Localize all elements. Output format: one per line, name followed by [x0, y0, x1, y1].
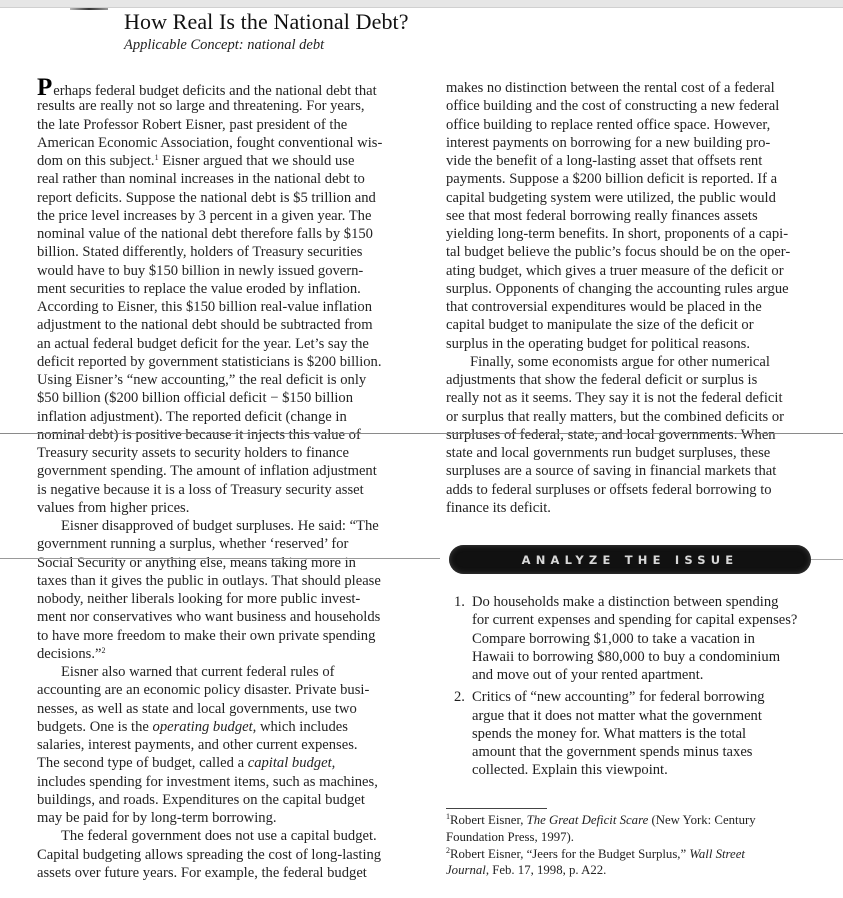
- text-line: ating budget, which gives a truer measur…: [446, 262, 826, 280]
- text-line: report deficits. Suppose the national de…: [37, 189, 417, 207]
- footnote-2: 2Robert Eisner, “Jeers for the Budget Su…: [446, 846, 826, 863]
- text-line: American Economic Association, fought co…: [37, 134, 417, 152]
- text-line: Perhaps federal budget deficits and the …: [37, 79, 417, 97]
- text-line: the late Professor Robert Eisner, past p…: [37, 116, 417, 134]
- left-column: Perhaps federal budget deficits and the …: [37, 79, 417, 882]
- footnote-2-cont: Journal, Feb. 17, 1998, p. A22.: [446, 862, 826, 879]
- text-line: is negative because it is a loss of Trea…: [37, 481, 417, 499]
- text-line: that controversial expenditures would be…: [446, 298, 826, 316]
- text-line: salaries, interest payments, and other c…: [37, 736, 417, 754]
- text-line: finance its deficit.: [446, 499, 826, 517]
- text-line: surplus in the operating budget for poli…: [446, 335, 826, 353]
- text-line: Capital budgeting allows spreading the c…: [37, 846, 417, 864]
- page-subtitle: Applicable Concept: national debt: [124, 37, 324, 54]
- text-line: government spending. The amount of infla…: [37, 462, 417, 480]
- question-item: 2. Critics of “new accounting” for feder…: [446, 688, 836, 779]
- text-line: may be paid for by long-term borrowing.: [37, 809, 417, 827]
- text-line: yielding long-term benefits. In short, p…: [446, 225, 826, 243]
- text-line: Eisner also warned that current federal …: [37, 663, 417, 681]
- footnote-ref-2[interactable]: 2: [101, 646, 105, 655]
- text-line: vide the benefit of a long-lasting asset…: [446, 152, 826, 170]
- text-line: or surplus that really matters, but the …: [446, 408, 826, 426]
- footnote-1-cont: Foundation Press, 1997).: [446, 829, 826, 846]
- analyze-issue-banner: ANALYZE THE ISSUE: [449, 545, 811, 574]
- text-line: billion. Stated differently, holders of …: [37, 243, 417, 261]
- text-line: nesses, as well as state and local gover…: [37, 700, 417, 718]
- text-line: interest payments on borrowing for a new…: [446, 134, 826, 152]
- text-line: buildings, and roads. Expenditures on th…: [37, 791, 417, 809]
- text-line: an actual federal budget deficit for the…: [37, 335, 417, 353]
- text-line: nominal value of the national debt there…: [37, 225, 417, 243]
- text-line: state and local governments run budget s…: [446, 444, 826, 462]
- text-line: surplus. Opponents of changing the accou…: [446, 280, 826, 298]
- text-line: really not as it seems. They say it is n…: [446, 389, 826, 407]
- text-line: $50 billion ($200 billion official defic…: [37, 389, 417, 407]
- text-line: surpluses are a source of saving in fina…: [446, 462, 826, 480]
- term-operating-budget: operating budget,: [153, 719, 257, 735]
- text-line: inflation adjustment). The reported defi…: [37, 408, 417, 426]
- text-line: decisions.”2: [37, 645, 417, 663]
- text-line: ment nor conservatives who want business…: [37, 608, 417, 626]
- question-list: 1. Do households make a distinction betw…: [446, 593, 836, 784]
- banner-tail-rule: [811, 559, 843, 560]
- text-line: capital budget to manipulate the size of…: [446, 316, 826, 334]
- text-line: The second type of budget, called a capi…: [37, 754, 417, 772]
- text-line: adds to federal surpluses or offsets fed…: [446, 481, 826, 499]
- text-line: accounting are an economic policy disast…: [37, 681, 417, 699]
- question-number: 2.: [454, 688, 465, 706]
- text-line: see that most federal borrowing really f…: [446, 207, 826, 225]
- text-line: Eisner disapproved of budget surpluses. …: [37, 517, 417, 535]
- text-line: real rather than nominal increases in th…: [37, 170, 417, 188]
- text-line: values from higher prices.: [37, 499, 417, 517]
- text-line: Treasury security assets to security hol…: [37, 444, 417, 462]
- text-line: makes no distinction between the rental …: [446, 79, 826, 97]
- text-line: nominal debt) is positive because it inj…: [37, 426, 417, 444]
- question-number: 1.: [454, 593, 465, 611]
- right-column: makes no distinction between the rental …: [446, 79, 826, 517]
- text-line: taxes than it gives the public in outlay…: [37, 572, 417, 590]
- text-line: to have more freedom to make their own p…: [37, 627, 417, 645]
- text-line: surpluses of federal, state, and local g…: [446, 426, 826, 444]
- text-line: The federal government does not use a ca…: [37, 827, 417, 845]
- text-line: Using Eisner’s “new accounting,” the rea…: [37, 371, 417, 389]
- text-line: Social Security or anything else, means …: [37, 554, 417, 572]
- text-line: office building to replace rented office…: [446, 116, 826, 134]
- text-line: office building and the cost of construc…: [446, 97, 826, 115]
- horizontal-rule: [0, 558, 440, 559]
- text-line: results are really not so large and thre…: [37, 97, 417, 115]
- text-line: includes spending for investment items, …: [37, 773, 417, 791]
- term-capital-budget: capital budget,: [248, 755, 336, 771]
- text-line: government running a surplus, whether ‘r…: [37, 535, 417, 553]
- text-line: adjustments that show the federal defici…: [446, 371, 826, 389]
- text-line: the price level increases by 3 percent i…: [37, 207, 417, 225]
- footnote-divider: [446, 808, 547, 809]
- text-line: would have to buy $150 billion in newly …: [37, 262, 417, 280]
- horizontal-rule: [0, 433, 843, 434]
- text-line: assets over future years. For example, t…: [37, 864, 417, 882]
- corner-decoration: [70, 8, 108, 10]
- text-line: budgets. One is the operating budget, wh…: [37, 718, 417, 736]
- text-line: According to Eisner, this $150 billion r…: [37, 298, 417, 316]
- text-line: ment securities to replace the value ero…: [37, 280, 417, 298]
- text-line: payments. Suppose a $200 billion deficit…: [446, 170, 826, 188]
- text-line: deficit reported by government statistic…: [37, 353, 417, 371]
- page-title: How Real Is the National Debt?: [124, 9, 409, 35]
- footnotes: 1Robert Eisner, The Great Deficit Scare …: [446, 812, 826, 879]
- text-line: dom on this subject.1 Eisner argued that…: [37, 152, 417, 170]
- banner-label: ANALYZE THE ISSUE: [522, 553, 739, 567]
- question-item: 1. Do households make a distinction betw…: [446, 593, 836, 684]
- text-line: adjustment to the national debt should b…: [37, 316, 417, 334]
- viewer-top-bar: [0, 0, 843, 8]
- text-line: capital budgeting system were utilized, …: [446, 189, 826, 207]
- footnote-1: 1Robert Eisner, The Great Deficit Scare …: [446, 812, 826, 829]
- text-line: nobody, neither liberals looking for mor…: [37, 590, 417, 608]
- text-line: tal budget believe the public’s focus sh…: [446, 243, 826, 261]
- text-line: Finally, some economists argue for other…: [446, 353, 826, 371]
